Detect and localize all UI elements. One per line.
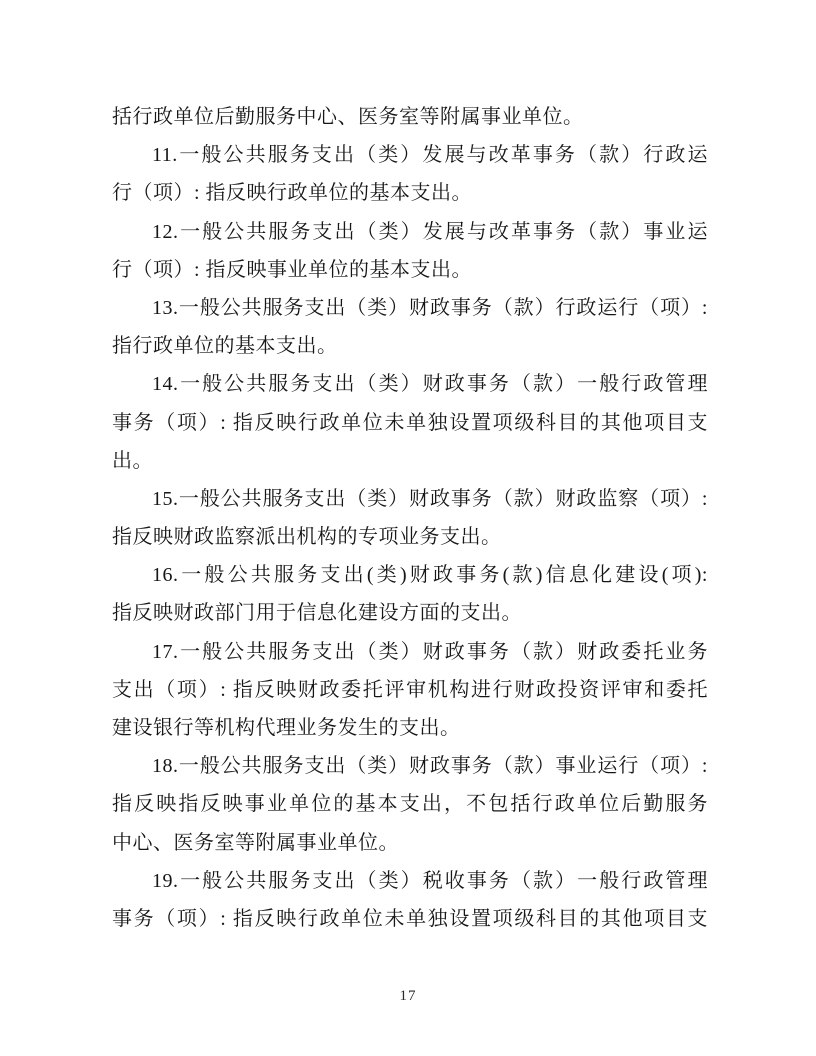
text-line: 行（项）: 指反映事业单位的基本支出。 bbox=[112, 251, 708, 289]
document-body: 括行政单位后勤服务中心、医务室等附属事业单位。11.一般公共服务支出（类）发展与… bbox=[112, 98, 708, 938]
paragraph: 14.一般公共服务支出（类）财政事务（款）一般行政管理事务（项）: 指反映行政单… bbox=[112, 365, 708, 480]
page-number: 17 bbox=[0, 988, 816, 1005]
text-line: 17.一般公共服务支出（类）财政事务（款）财政委托业务 bbox=[112, 633, 708, 671]
text-line: 指反映财政部门用于信息化建设方面的支出。 bbox=[112, 594, 708, 632]
paragraph: 16.一般公共服务支出(类)财政事务(款)信息化建设(项):指反映财政部门用于信… bbox=[112, 556, 708, 632]
text-line: 事务（项）: 指反映行政单位未单独设置项级科目的其他项目支 bbox=[112, 900, 708, 938]
paragraph: 12.一般公共服务支出（类）发展与改革事务（款）事业运行（项）: 指反映事业单位… bbox=[112, 213, 708, 289]
text-line: 12.一般公共服务支出（类）发展与改革事务（款）事业运 bbox=[112, 213, 708, 251]
paragraph: 15.一般公共服务支出（类）财政事务（款）财政监察（项）:指反映财政监察派出机构… bbox=[112, 480, 708, 556]
text-line: 指反映财政监察派出机构的专项业务支出。 bbox=[112, 518, 708, 556]
text-line: 13.一般公共服务支出（类）财政事务（款）行政运行（项）: bbox=[112, 289, 708, 327]
paragraph: 17.一般公共服务支出（类）财政事务（款）财政委托业务支出（项）: 指反映财政委… bbox=[112, 633, 708, 748]
paragraph: 11.一般公共服务支出（类）发展与改革事务（款）行政运行（项）: 指反映行政单位… bbox=[112, 136, 708, 212]
text-line: 指反映指反映事业单位的基本支出，不包括行政单位后勤服务 bbox=[112, 785, 708, 823]
paragraph: 18.一般公共服务支出（类）财政事务（款）事业运行（项）:指反映指反映事业单位的… bbox=[112, 747, 708, 862]
text-line: 11.一般公共服务支出（类）发展与改革事务（款）行政运 bbox=[112, 136, 708, 174]
text-line: 16.一般公共服务支出(类)财政事务(款)信息化建设(项): bbox=[112, 556, 708, 594]
text-line: 19.一般公共服务支出（类）税收事务（款）一般行政管理 bbox=[112, 862, 708, 900]
text-line: 事务（项）: 指反映行政单位未单独设置项级科目的其他项目支 bbox=[112, 404, 708, 442]
text-line: 出。 bbox=[112, 442, 708, 480]
text-line: 括行政单位后勤服务中心、医务室等附属事业单位。 bbox=[112, 98, 708, 136]
document-page: 括行政单位后勤服务中心、医务室等附属事业单位。11.一般公共服务支出（类）发展与… bbox=[0, 0, 816, 1056]
paragraph: 括行政单位后勤服务中心、医务室等附属事业单位。 bbox=[112, 98, 708, 136]
text-line: 指行政单位的基本支出。 bbox=[112, 327, 708, 365]
text-line: 18.一般公共服务支出（类）财政事务（款）事业运行（项）: bbox=[112, 747, 708, 785]
text-line: 中心、医务室等附属事业单位。 bbox=[112, 824, 708, 862]
text-line: 支出（项）: 指反映财政委托评审机构进行财政投资评审和委托 bbox=[112, 671, 708, 709]
text-line: 15.一般公共服务支出（类）财政事务（款）财政监察（项）: bbox=[112, 480, 708, 518]
text-line: 行（项）: 指反映行政单位的基本支出。 bbox=[112, 174, 708, 212]
text-line: 14.一般公共服务支出（类）财政事务（款）一般行政管理 bbox=[112, 365, 708, 403]
paragraph: 13.一般公共服务支出（类）财政事务（款）行政运行（项）:指行政单位的基本支出。 bbox=[112, 289, 708, 365]
text-line: 建设银行等机构代理业务发生的支出。 bbox=[112, 709, 708, 747]
paragraph: 19.一般公共服务支出（类）税收事务（款）一般行政管理事务（项）: 指反映行政单… bbox=[112, 862, 708, 938]
